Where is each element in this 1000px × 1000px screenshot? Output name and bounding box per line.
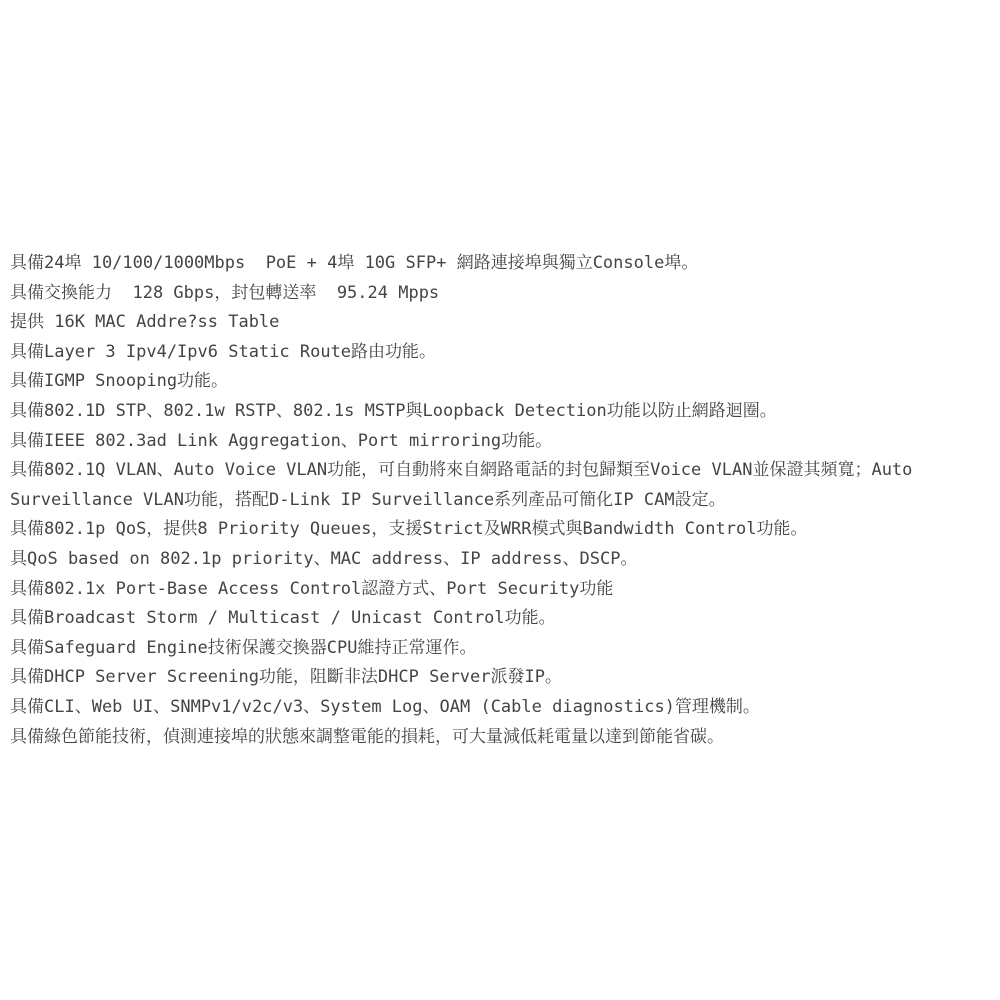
spec-line: 具備IEEE 802.3ad Link Aggregation、Port mir… <box>10 427 996 457</box>
spec-line: 具備802.1p QoS，提供8 Priority Queues，支援Stric… <box>10 515 996 545</box>
spec-line: 具備24埠 10/100/1000Mbps PoE + 4埠 10G SFP+ … <box>10 249 996 279</box>
spec-line: 具QoS based on 802.1p priority、MAC addres… <box>10 545 996 575</box>
spec-line: 具備Layer 3 Ipv4/Ipv6 Static Route路由功能。 <box>10 338 996 368</box>
spec-line: 具備Broadcast Storm / Multicast / Unicast … <box>10 604 996 634</box>
spec-line: 具備IGMP Snooping功能。 <box>10 367 996 397</box>
spec-line: Surveillance VLAN功能，搭配D-Link IP Surveill… <box>10 486 996 516</box>
spec-line: 具備DHCP Server Screening功能，阻斷非法DHCP Serve… <box>10 663 996 693</box>
spec-line: 提供 16K MAC Addre?ss Table <box>10 308 996 338</box>
spec-document: 具備24埠 10/100/1000Mbps PoE + 4埠 10G SFP+ … <box>0 0 1000 1000</box>
spec-line: 具備Safeguard Engine技術保護交換器CPU維持正常運作。 <box>10 634 996 664</box>
spec-line: 具備綠色節能技術，偵測連接埠的狀態來調整電能的損耗，可大量減低耗電量以達到節能省… <box>10 723 996 753</box>
spec-line: 具備802.1D STP、802.1w RSTP、802.1s MSTP與Loo… <box>10 397 996 427</box>
spec-line: 具備交換能力 128 Gbps，封包轉送率 95.24 Mpps <box>10 279 996 309</box>
spec-line-list: 具備24埠 10/100/1000Mbps PoE + 4埠 10G SFP+ … <box>10 249 996 752</box>
spec-line: 具備802.1Q VLAN、Auto Voice VLAN功能，可自動將來自網路… <box>10 456 996 486</box>
spec-line: 具備CLI、Web UI、SNMPv1/v2c/v3、System Log、OA… <box>10 693 996 723</box>
spec-line: 具備802.1x Port-Base Access Control認證方式、Po… <box>10 575 996 605</box>
